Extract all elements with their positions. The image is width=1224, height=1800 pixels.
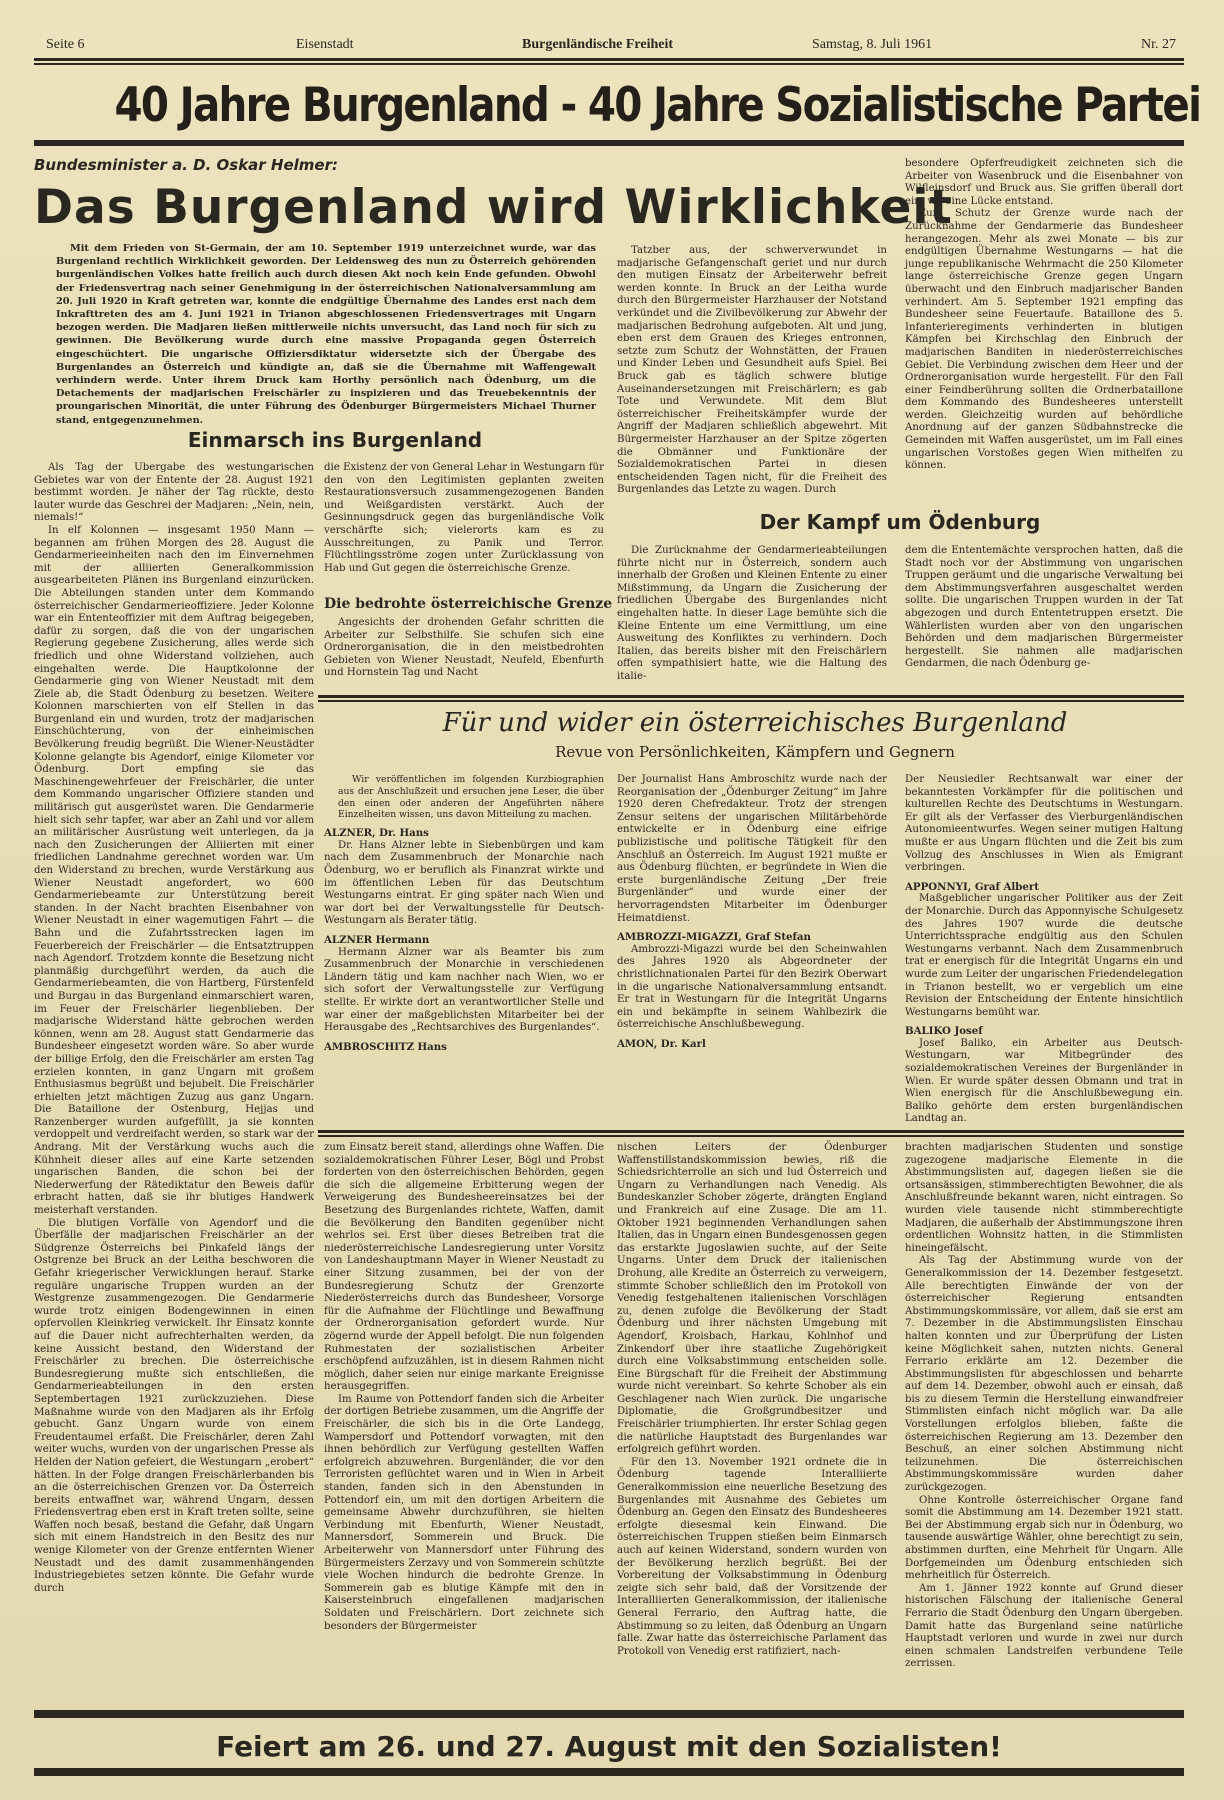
paper-name: Burgenländische Freiheit: [522, 37, 673, 53]
paragraph: Am 1. Jänner 1922 konnte auf Grund diese…: [905, 1583, 1183, 1671]
entry-text: Maßgeblicher ungarischer Politiker aus d…: [905, 893, 1183, 1019]
column-oedenburg-a: Die Zurücknahme der Gendarmerieabteilung…: [617, 545, 887, 684]
column-oedenburg-b: dem die Ententemächte versprochen hatten…: [905, 545, 1183, 671]
newspaper-page: Seite 6 Eisenstadt Burgenländische Freih…: [0, 0, 1224, 1800]
column-3-bottom: nischen Leiters der Ödenburger Waffensti…: [617, 1142, 887, 1658]
column-2-grenze: Angesichts der drohenden Gefahr schritte…: [324, 617, 604, 680]
paragraph: zum Einsatz bereit stand, allerdings ohn…: [324, 1142, 604, 1394]
column-2-top: die Existenz der von General Lehar in We…: [324, 462, 604, 575]
entry-text: Der Journalist Hans Ambroschitz wurde na…: [617, 774, 887, 925]
revue-column-2: Der Journalist Hans Ambroschitz wurde na…: [617, 774, 887, 1050]
entry-name: BALIKO Josef: [905, 1025, 1183, 1038]
entry-text: Ambrozzi-Migazzi wurde bei den Scheinwah…: [617, 944, 887, 1032]
article-headline: Das Burgenland wird Wirklichkeit: [34, 180, 953, 235]
paragraph: Als Tag der Abstimmung wurde von der Gen…: [905, 1255, 1183, 1494]
column-far-right-top: besondere Opferfreudigkeit zeichneten si…: [905, 158, 1183, 473]
section-heading-grenze: Die bedrohte österreichische Grenze: [324, 596, 612, 612]
entry-text: Dr. Hans Alzner lebte in Siebenbürgen un…: [324, 840, 604, 928]
paragraph: besondere Opferfreudigkeit zeichneten si…: [905, 158, 1183, 208]
masthead: Seite 6 Eisenstadt Burgenländische Freih…: [36, 34, 1186, 56]
column-2-bottom: zum Einsatz bereit stand, allerdings ohn…: [324, 1142, 604, 1633]
issue-date: Samstag, 8. Juli 1961: [812, 37, 932, 53]
paragraph: Angesichts der drohenden Gefahr schritte…: [324, 617, 604, 680]
paragraph: dem die Ententemächte versprochen hatten…: [905, 545, 1183, 671]
paragraph: Im Raume von Pottendorf fanden sich die …: [324, 1394, 604, 1633]
column-right-top: Tatzber aus, der schwerverwundet in madj…: [617, 245, 887, 497]
paragraph: die Existenz der von General Lehar in We…: [324, 462, 604, 575]
entry-name: APPONNYI, Graf Albert: [905, 881, 1183, 894]
closer-rule-bottom: [34, 1768, 1184, 1776]
paragraph: Die blutigen Vorfälle von Agendorf und d…: [34, 1218, 314, 1596]
entry-name: AMBROZZI-MIGAZZI, Graf Stefan: [617, 931, 887, 944]
revue-headline: Für und wider ein österreichisches Burge…: [320, 708, 1190, 738]
masthead-rule: [34, 58, 1184, 65]
section-heading-einmarsch: Einmarsch ins Burgenland: [150, 428, 520, 452]
article-lead: Mit dem Frieden von St-Germain, der am 1…: [56, 242, 596, 427]
paragraph: Für den 13. November 1921 ordnete die in…: [617, 1457, 887, 1659]
revue-column-1: Wir veröffentlichen im folgenden Kurzbio…: [324, 774, 604, 1053]
closing-slogan: Feiert am 26. und 27. August mit den Soz…: [34, 1730, 1184, 1763]
paragraph: nischen Leiters der Ödenburger Waffensti…: [617, 1142, 887, 1457]
section-rule: [318, 1130, 1184, 1137]
revue-column-3: Der Neusiedler Rechtsanwalt war einer de…: [905, 774, 1183, 1126]
article-kicker: Bundesminister a. D. Oskar Helmer:: [34, 156, 338, 174]
banner-rule: [34, 140, 1184, 146]
section-heading-oedenburg: Der Kampf um Ödenburg: [700, 510, 1100, 534]
column-1: Als Tag der Übergabe des westungarischen…: [34, 462, 314, 1702]
place: Eisenstadt: [296, 37, 354, 53]
paragraph: Ohne Kontrolle österreichischer Organe f…: [905, 1495, 1183, 1583]
entry-text: Hermann Alzner war als Beamter bis zum Z…: [324, 947, 604, 1035]
revue-intro: Wir veröffentlichen im folgenden Kurzbio…: [324, 774, 604, 821]
revue-subheadline: Revue von Persönlichkeiten, Kämpfern und…: [320, 743, 1190, 761]
paragraph: Zum Schutz der Grenze wurde nach der Zur…: [905, 208, 1183, 472]
entry-name: ALZNER Hermann: [324, 934, 604, 947]
issue-number: Nr. 27: [1141, 37, 1176, 53]
section-rule: [318, 695, 1184, 702]
entry-name: ALZNER, Dr. Hans: [324, 827, 604, 840]
entry-text: Der Neusiedler Rechtsanwalt war einer de…: [905, 774, 1183, 875]
banner-headline: 40 Jahre Burgenland - 40 Jahre Sozialist…: [115, 78, 1104, 133]
paragraph: In elf Kolonnen — insgesamt 1950 Mann — …: [34, 525, 314, 1218]
column-4-bottom: brachten madjarischen Studenten und sons…: [905, 1142, 1183, 1671]
entry-name: AMON, Dr. Karl: [617, 1038, 887, 1051]
entry-name: AMBROSCHITZ Hans: [324, 1041, 604, 1054]
paragraph: Als Tag der Übergabe des westungarischen…: [34, 462, 314, 525]
paragraph: brachten madjarischen Studenten und sons…: [905, 1142, 1183, 1255]
closer-rule-top: [34, 1710, 1184, 1718]
paragraph: Die Zurücknahme der Gendarmerieabteilung…: [617, 545, 887, 684]
page-number: Seite 6: [46, 37, 85, 53]
entry-text: Josef Baliko, ein Arbeiter aus Deutsch-W…: [905, 1038, 1183, 1126]
paragraph: Tatzber aus, der schwerverwundet in madj…: [617, 245, 887, 497]
